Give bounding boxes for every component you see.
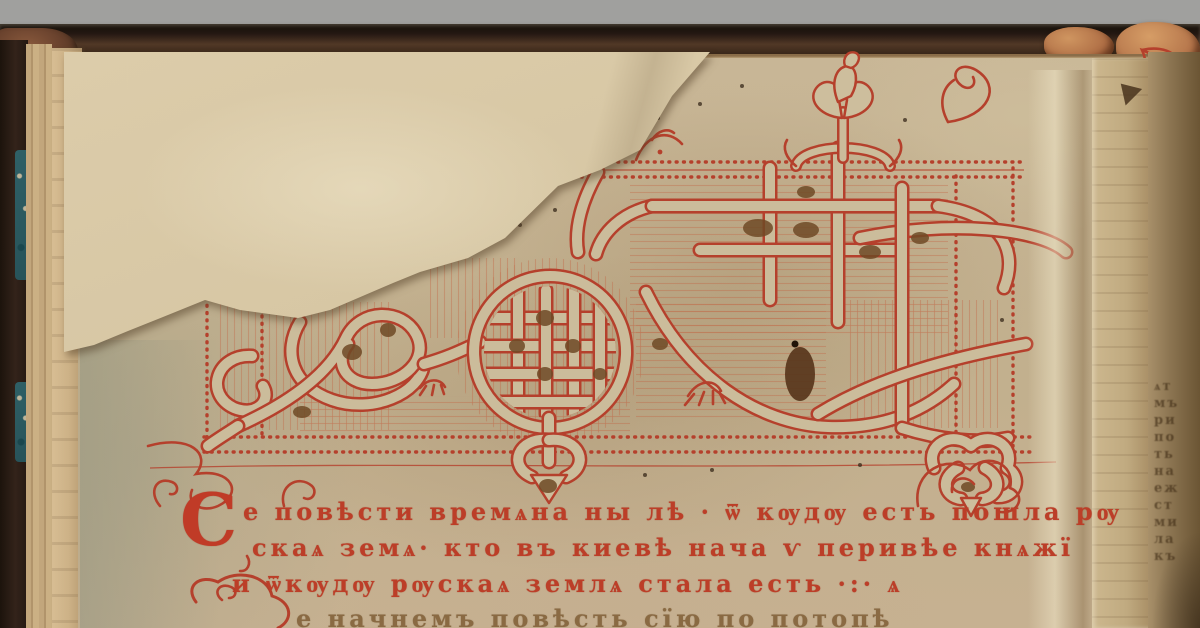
text-line-4: е начнемъ повѣсть сїю по потопѣ [296, 604, 894, 628]
dark-blotch [785, 347, 815, 401]
text-line-1: е повѣсти времѧна ны лѣ · ѿ кѹдѹ есть по… [243, 497, 1123, 527]
manuscript-photo: ѧт мъ ри по ть на еж ст ми ла къ С е пов… [0, 0, 1200, 628]
next-page-edge [1092, 58, 1150, 628]
finial-crown [785, 52, 901, 166]
text-line-2: скаѧ земѧ· кто въ киевѣ нача ѵ перивѣе к… [252, 533, 1074, 563]
illuminated-initial: С [180, 484, 237, 556]
ink-spot [792, 341, 799, 348]
edge-text-illegible: ѧт мъ ри по ть на еж ст ми ла къ [1154, 378, 1198, 628]
text-line-3: и ѿкѹдѹ рѹскаѧ землѧ стала есть ·:· ѧ [232, 569, 903, 599]
